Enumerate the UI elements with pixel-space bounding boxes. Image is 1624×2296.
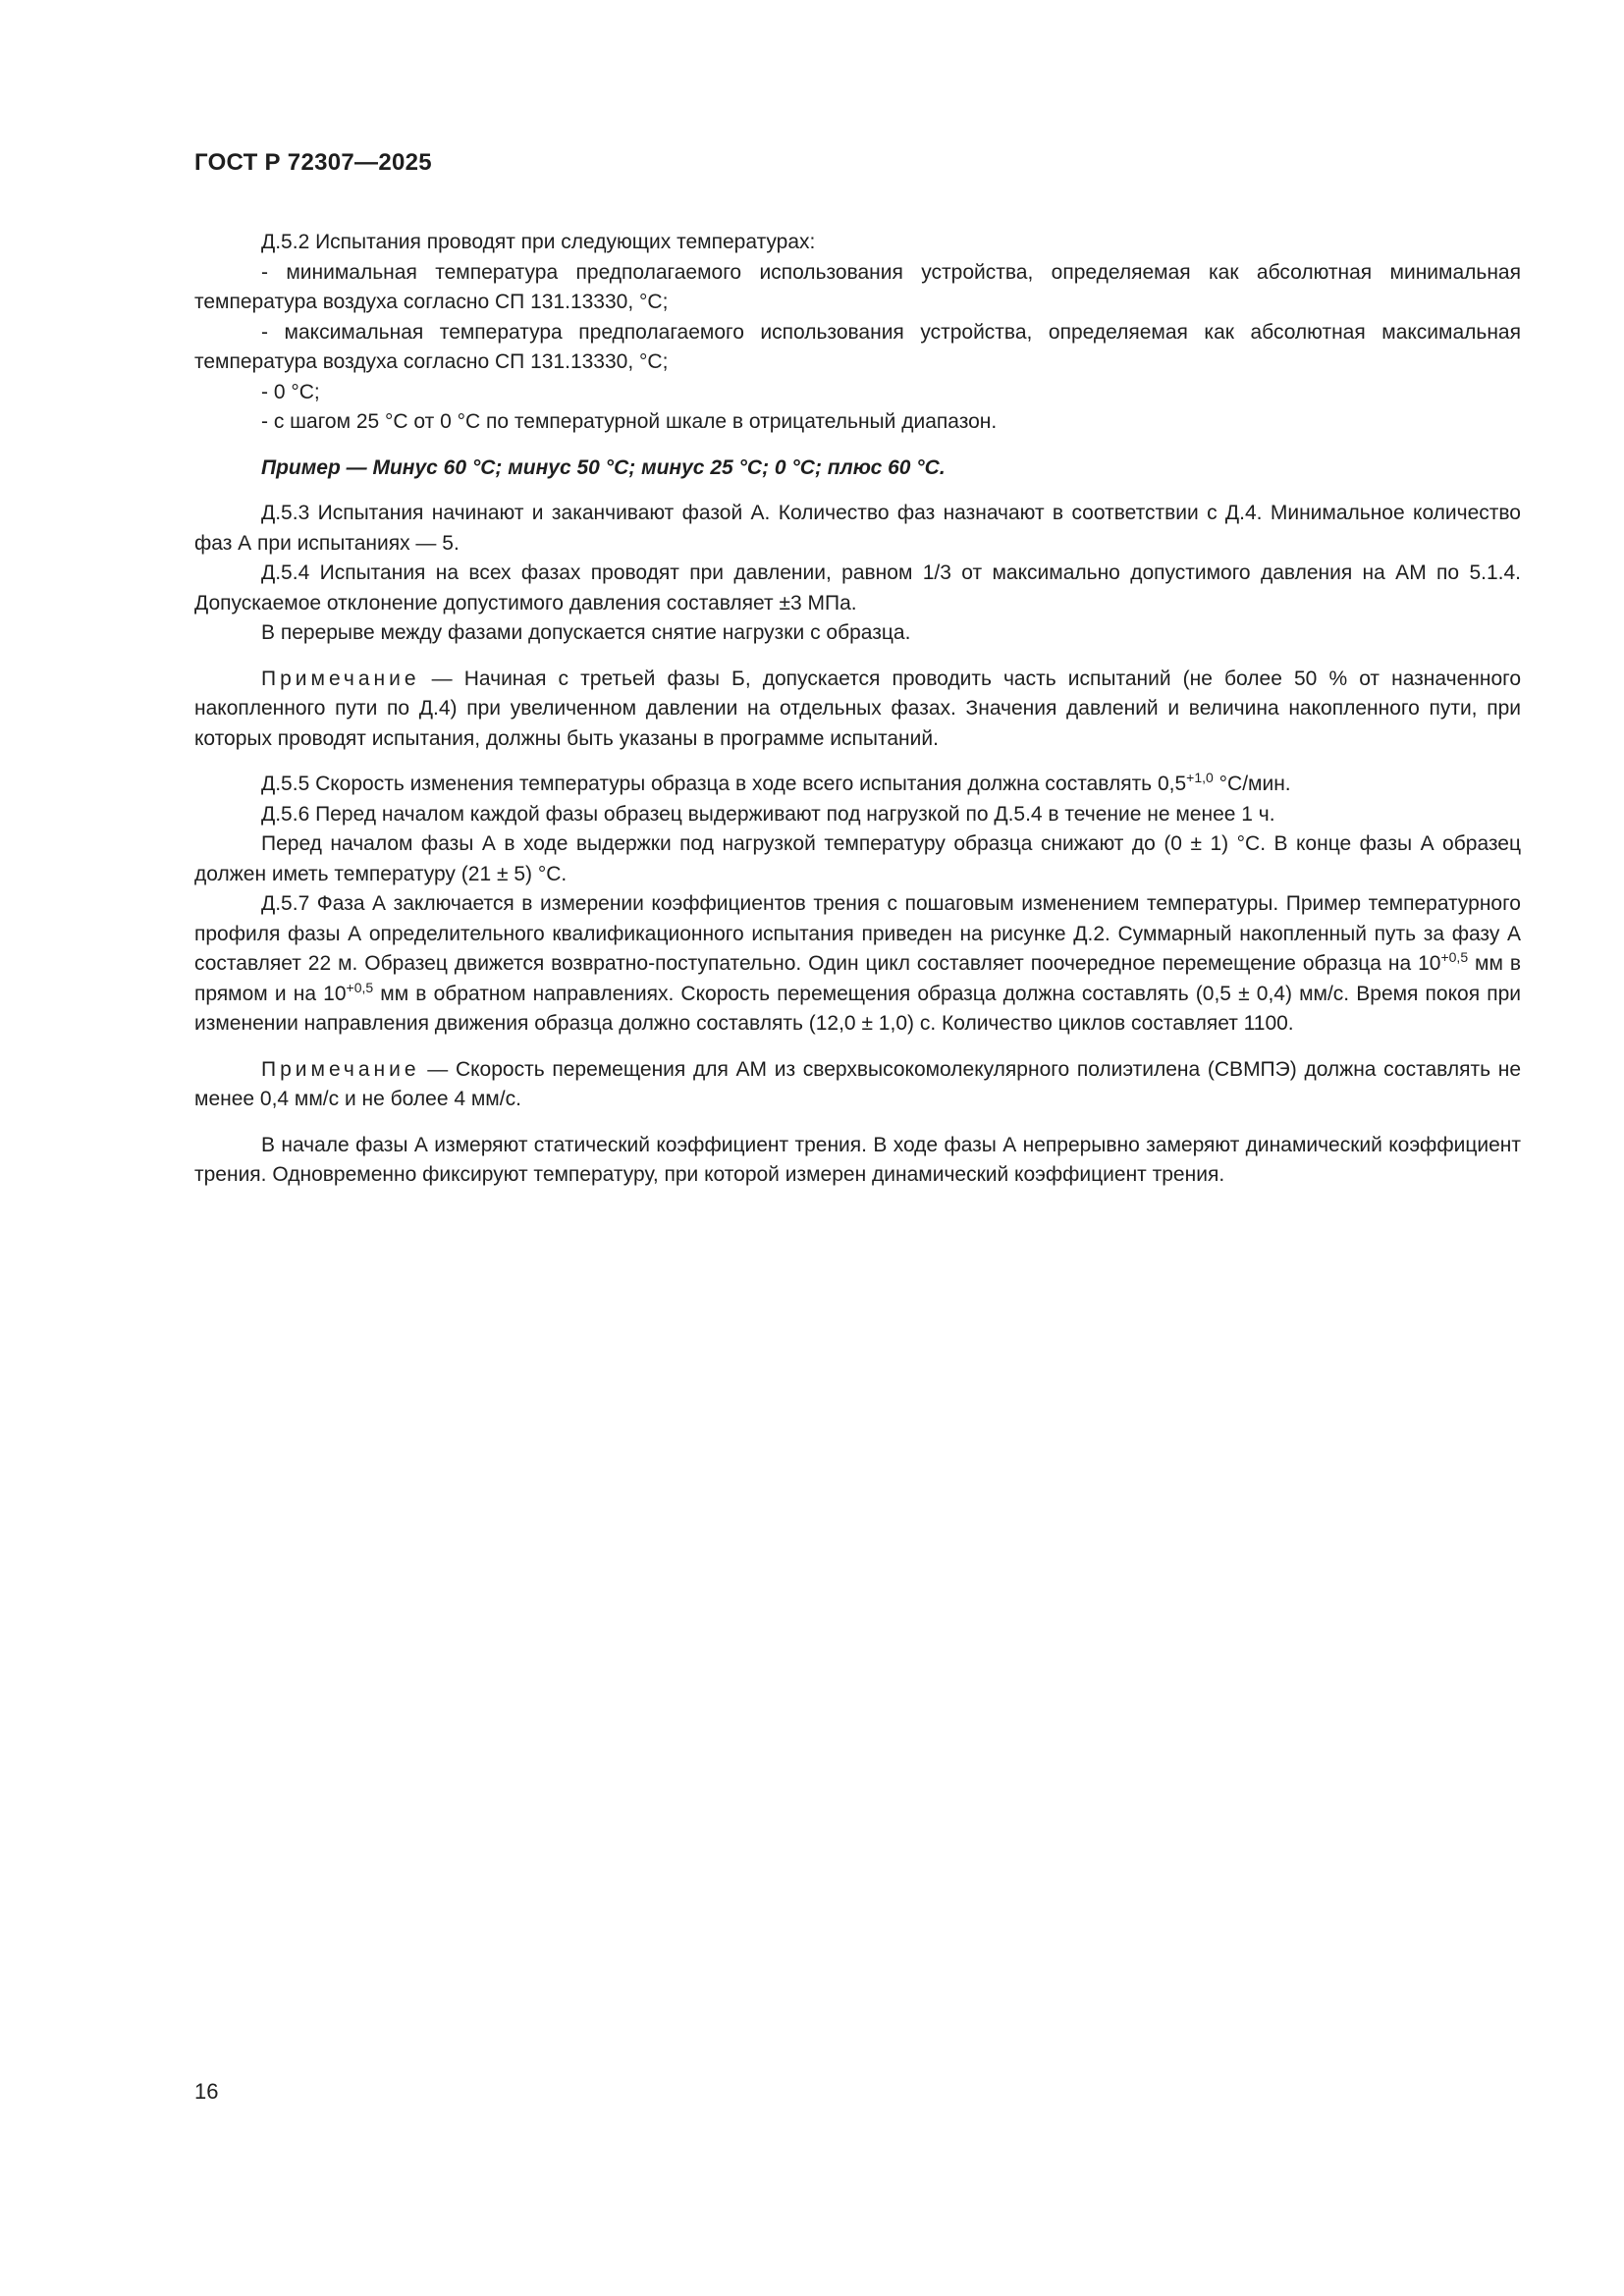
final-paragraph: В начале фазы А измеряют статический коэ… xyxy=(194,1131,1521,1191)
clause-d54: Д.5.4 Испытания на всех фазах проводят п… xyxy=(194,559,1521,618)
superscript: +0,5 xyxy=(1440,949,1468,965)
document-body: Д.5.2 Испытания проводят при следующих т… xyxy=(194,228,1521,1191)
clause-text: Д.5.7 Фаза А заключается в измерении коэ… xyxy=(194,892,1521,975)
clause-d52-item: - минимальная температура предполагаемог… xyxy=(194,258,1521,318)
clause-text: Д.5.5 Скорость изменения температуры обр… xyxy=(261,773,1186,795)
clause-d56-b: Перед началом фазы А в ходе выдержки под… xyxy=(194,829,1521,889)
note-1: Примечание — Начиная с третьей фазы Б, д… xyxy=(194,665,1521,755)
superscript: +1,0 xyxy=(1186,770,1214,785)
clause-d52-item: - с шагом 25 °С от 0 °С по температурной… xyxy=(194,407,1521,438)
superscript: +0,5 xyxy=(347,980,374,995)
clause-d53: Д.5.3 Испытания начинают и заканчивают ф… xyxy=(194,499,1521,559)
clause-d52-intro: Д.5.2 Испытания проводят при следующих т… xyxy=(194,228,1521,258)
clause-d57: Д.5.7 Фаза А заключается в измерении коэ… xyxy=(194,889,1521,1040)
clause-d52-item: - 0 °С; xyxy=(194,378,1521,408)
document-header: ГОСТ Р 72307—2025 xyxy=(194,149,432,177)
note-2: Примечание — Скорость перемещения для АМ… xyxy=(194,1055,1521,1115)
note-label: Примечание xyxy=(261,667,420,690)
clause-text: °С/мин. xyxy=(1214,773,1291,795)
page-number: 16 xyxy=(194,2079,218,2105)
note-label: Примечание xyxy=(261,1058,420,1081)
clause-d52-item: - максимальная температура предполагаемо… xyxy=(194,318,1521,378)
clause-d54-break: В перерыве между фазами допускается снят… xyxy=(194,618,1521,649)
clause-d56: Д.5.6 Перед началом каждой фазы образец … xyxy=(194,800,1521,830)
clause-d55: Д.5.5 Скорость изменения температуры обр… xyxy=(194,770,1521,800)
clause-text: мм в обратном направлениях. Скорость пер… xyxy=(194,983,1521,1036)
example: Пример — Минус 60 °С; минус 50 °С; минус… xyxy=(194,454,1521,484)
